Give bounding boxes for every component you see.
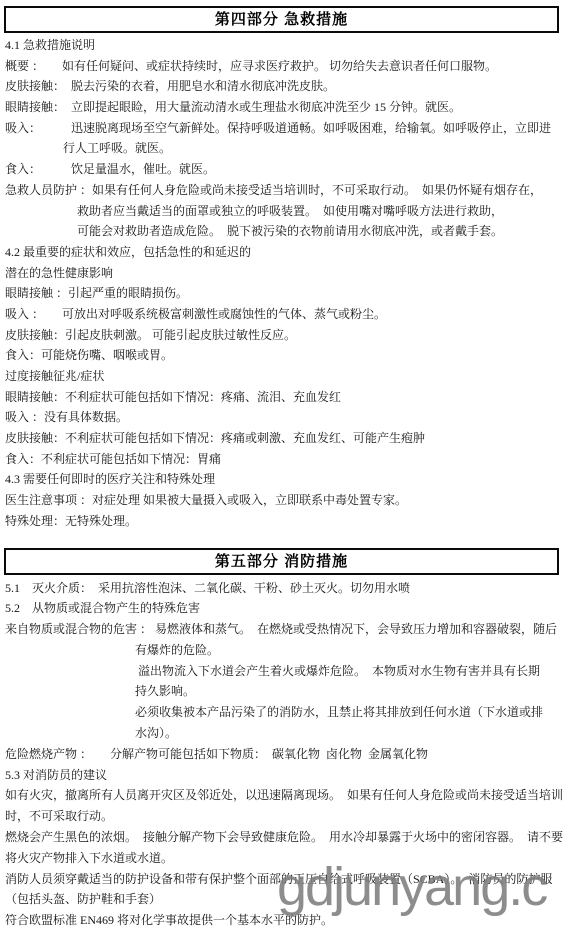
text-line: 4.2 最重要的症状和效应，包括急性的和延迟的 xyxy=(0,242,563,263)
text-line: 急救人员防护 ：如果有任何人身危险或尚未接受适当培训时，不可采取行动。 如果仍怀… xyxy=(0,180,563,201)
section-5-body: 5.1 灭火介质： 采用抗溶性泡沫、二氧化碳、干粉、砂土灭火。切勿用水喷5.2 … xyxy=(0,578,563,927)
text-line: 水沟）。 xyxy=(0,723,563,744)
text-line: 医生注意事项 ：对症处理 如果被大量摄入或吸入，立即联系中毒处置专家。 xyxy=(0,490,563,511)
text-line: 有爆炸的危险。 xyxy=(0,640,563,661)
text-line: 如有火灾，撤离所有人员离开灾区及邻近处，以迅速隔离现场。 如果有任何人身危险或尚… xyxy=(0,785,563,806)
text-line: 将火灾产物排入下水道或水道。 xyxy=(0,848,563,869)
section-5-header: 第五部分 消防措施 xyxy=(4,548,559,575)
text-line: 食入：可能烧伤嘴、咽喉或胃。 xyxy=(0,345,563,366)
text-line: 4.3 需要任何即时的医疗关注和特殊处理 xyxy=(0,469,563,490)
text-line: 行人工呼吸。就医。 xyxy=(0,138,563,159)
text-line: 吸入 ： 可放出对呼吸系统极富刺激性或腐蚀性的气体、蒸气或粉尘。 xyxy=(0,304,563,325)
text-line: 燃烧会产生黑色的浓烟。 接触分解产物下会导致健康危险。 用水冷却暴露于火场中的密… xyxy=(0,827,563,848)
document-page: 第四部分 急救措施 4.1 急救措施说明概要 ： 如有任何疑问、或症状持续时，应… xyxy=(0,0,563,927)
section-4-title: 第四部分 急救措施 xyxy=(215,11,348,28)
text-line: 溢出物流入下水道会产生着火或爆炸危险。 本物质对水生物有害并具有长期 xyxy=(0,661,563,682)
text-line: 吸入 ：没有具体数据。 xyxy=(0,407,563,428)
section-4-header: 第四部分 急救措施 xyxy=(4,6,559,33)
text-line: 眼睛接触 ：引起严重的眼睛损伤。 xyxy=(0,283,563,304)
text-line: 必须收集被本产品污染了的消防水，且禁止将其排放到任何水道（下水道或排 xyxy=(0,702,563,723)
text-line: 可能会对救助者造成危险。 脱下被污染的衣物前请用水彻底冲洗，或者戴手套。 xyxy=(0,221,563,242)
text-line: 潜在的急性健康影响 xyxy=(0,263,563,284)
text-line: 5.2 从物质或混合物产生的特殊危害 xyxy=(0,598,563,619)
section-4-body: 4.1 急救措施说明概要 ： 如有任何疑问、或症状持续时，应寻求医疗救护。 切勿… xyxy=(0,35,563,532)
text-line: 皮肤接触： 脱去污染的衣着，用肥皂水和清水彻底冲洗皮肤。 xyxy=(0,76,563,97)
text-line: 概要 ： 如有任何疑问、或症状持续时，应寻求医疗救护。 切勿给失去意识者任何口服… xyxy=(0,56,563,77)
text-line: 5.3 对消防员的建议 xyxy=(0,765,563,786)
text-line: （包括头盔、防护鞋和手套） xyxy=(0,889,563,910)
text-line: 食入： 饮足量温水，催吐。就医。 xyxy=(0,159,563,180)
text-line: 时，不可采取行动。 xyxy=(0,806,563,827)
text-line: 眼睛接触： 立即提起眼睑，用大量流动清水或生理盐水彻底冲洗至少 15 分钟。就医… xyxy=(0,97,563,118)
text-line: 消防人员须穿戴适当的防护设备和带有保护整个面部的正压自给式呼吸装置（SCBA）。… xyxy=(0,869,563,890)
text-line: 危险燃烧产物 ： 分解产物可能包括如下物质： 碳氧化物 卤化物 金属氧化物 xyxy=(0,744,563,765)
text-line: 符合欧盟标准 EN469 将对化学事故提供一个基本水平的防护。 xyxy=(0,910,563,927)
text-line: 持久影响。 xyxy=(0,681,563,702)
text-line: 来自物质或混合物的危害 ： 易燃液体和蒸气。 在燃烧或受热情况下，会导致压力增加… xyxy=(0,619,563,640)
section-5-title: 第五部分 消防措施 xyxy=(215,553,348,570)
text-line: 皮肤接触：不利症状可能包括如下情况：疼痛或刺激、充血发红、可能产生疱肿 xyxy=(0,428,563,449)
text-line: 5.1 灭火介质： 采用抗溶性泡沫、二氧化碳、干粉、砂土灭火。切勿用水喷 xyxy=(0,578,563,599)
text-line: 过度接触征兆/症状 xyxy=(0,366,563,387)
text-line: 眼睛接触：不利症状可能包括如下情况：疼痛、流泪、充血发红 xyxy=(0,387,563,408)
text-line: 食入：不利症状可能包括如下情况：胃痛 xyxy=(0,449,563,470)
text-line: 救助者应当戴适当的面罩或独立的呼吸装置。 如使用嘴对嘴呼吸方法进行救助， xyxy=(0,201,563,222)
text-line: 吸入： 迅速脱离现场至空气新鲜处。保持呼吸道通畅。如呼吸困难，给输氧。如呼吸停止… xyxy=(0,118,563,139)
text-line: 皮肤接触：引起皮肤刺激。 可能引起皮肤过敏性反应。 xyxy=(0,325,563,346)
text-line: 特殊处理：无特殊处理。 xyxy=(0,511,563,532)
text-line: 4.1 急救措施说明 xyxy=(0,35,563,56)
